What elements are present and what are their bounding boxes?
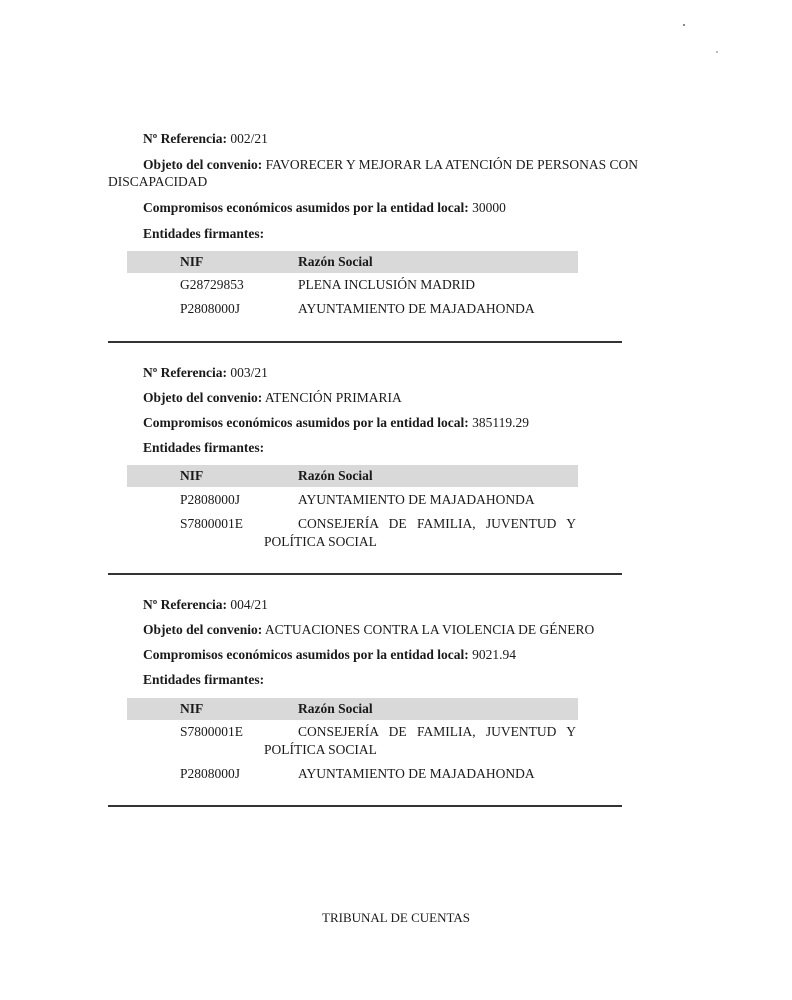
section-divider — [108, 805, 622, 807]
entidades-table-header: NIF Razón Social — [127, 465, 578, 487]
cell-razon-social: AYUNTAMIENTO DE MAJADAHONDA — [298, 766, 535, 782]
entidades-label: Entidades firmantes: — [143, 226, 264, 242]
referencia-label: Nº Referencia: — [143, 365, 227, 380]
objeto-label: Objeto del convenio: — [143, 622, 262, 637]
compromisos-value: 385119.29 — [472, 415, 529, 430]
col-razon-social: Razón Social — [298, 468, 373, 484]
col-nif: NIF — [180, 468, 203, 484]
scan-artifact — [716, 51, 718, 53]
referencia-line: Nº Referencia: 002/21 — [143, 131, 268, 147]
objeto-value: FAVORECER Y MEJORAR LA ATENCIÓN DE PERSO… — [266, 157, 638, 172]
page-footer: TRIBUNAL DE CUENTAS — [0, 910, 792, 926]
compromisos-value: 9021.94 — [472, 647, 516, 662]
cell-nif: P2808000J — [180, 301, 240, 317]
objeto-line: Objeto del convenio: FAVORECER Y MEJORAR… — [143, 157, 638, 173]
cell-nif: S7800001E — [180, 724, 243, 740]
referencia-line: Nº Referencia: 003/21 — [143, 365, 268, 381]
compromisos-label: Compromisos económicos asumidos por la e… — [143, 415, 469, 430]
cell-razon-social-continued: POLÍTICA SOCIAL — [264, 534, 377, 550]
col-razon-social: Razón Social — [298, 254, 373, 270]
entidades-table-header: NIF Razón Social — [127, 251, 578, 273]
section-divider — [108, 341, 622, 343]
objeto-label: Objeto del convenio: — [143, 390, 262, 405]
cell-razon-social: AYUNTAMIENTO DE MAJADAHONDA — [298, 492, 535, 508]
compromisos-label: Compromisos económicos asumidos por la e… — [143, 647, 469, 662]
cell-nif: G28729853 — [180, 277, 244, 293]
compromisos-line: Compromisos económicos asumidos por la e… — [143, 647, 516, 663]
compromisos-line: Compromisos económicos asumidos por la e… — [143, 200, 506, 216]
compromisos-value: 30000 — [472, 200, 506, 215]
referencia-value: 003/21 — [230, 365, 268, 380]
cell-razon-social: CONSEJERÍA DE FAMILIA, JUVENTUD Y — [298, 516, 576, 532]
cell-razon-social: CONSEJERÍA DE FAMILIA, JUVENTUD Y — [298, 724, 576, 740]
compromisos-line: Compromisos económicos asumidos por la e… — [143, 415, 529, 431]
cell-razon-social: AYUNTAMIENTO DE MAJADAHONDA — [298, 301, 535, 317]
objeto-line: Objeto del convenio: ACTUACIONES CONTRA … — [143, 622, 594, 638]
objeto-value-continued: DISCAPACIDAD — [108, 174, 207, 190]
cell-razon-social: PLENA INCLUSIÓN MADRID — [298, 277, 475, 293]
entidades-label: Entidades firmantes: — [143, 440, 264, 456]
scan-artifact — [683, 24, 685, 26]
referencia-label: Nº Referencia: — [143, 131, 227, 146]
referencia-value: 002/21 — [230, 131, 268, 146]
section-divider — [108, 573, 622, 575]
cell-nif: S7800001E — [180, 516, 243, 532]
cell-nif: P2808000J — [180, 766, 240, 782]
entidades-table-header: NIF Razón Social — [127, 698, 578, 720]
compromisos-label: Compromisos económicos asumidos por la e… — [143, 200, 469, 215]
col-nif: NIF — [180, 254, 203, 270]
objeto-line: Objeto del convenio: ATENCIÓN PRIMARIA — [143, 390, 402, 406]
referencia-value: 004/21 — [230, 597, 268, 612]
referencia-label: Nº Referencia: — [143, 597, 227, 612]
objeto-label: Objeto del convenio: — [143, 157, 262, 172]
cell-nif: P2808000J — [180, 492, 240, 508]
cell-razon-social-continued: POLÍTICA SOCIAL — [264, 742, 377, 758]
objeto-value: ACTUACIONES CONTRA LA VIOLENCIA DE GÉNER… — [265, 622, 594, 637]
entidades-label: Entidades firmantes: — [143, 672, 264, 688]
col-razon-social: Razón Social — [298, 701, 373, 717]
objeto-value: ATENCIÓN PRIMARIA — [265, 390, 402, 405]
referencia-line: Nº Referencia: 004/21 — [143, 597, 268, 613]
col-nif: NIF — [180, 701, 203, 717]
